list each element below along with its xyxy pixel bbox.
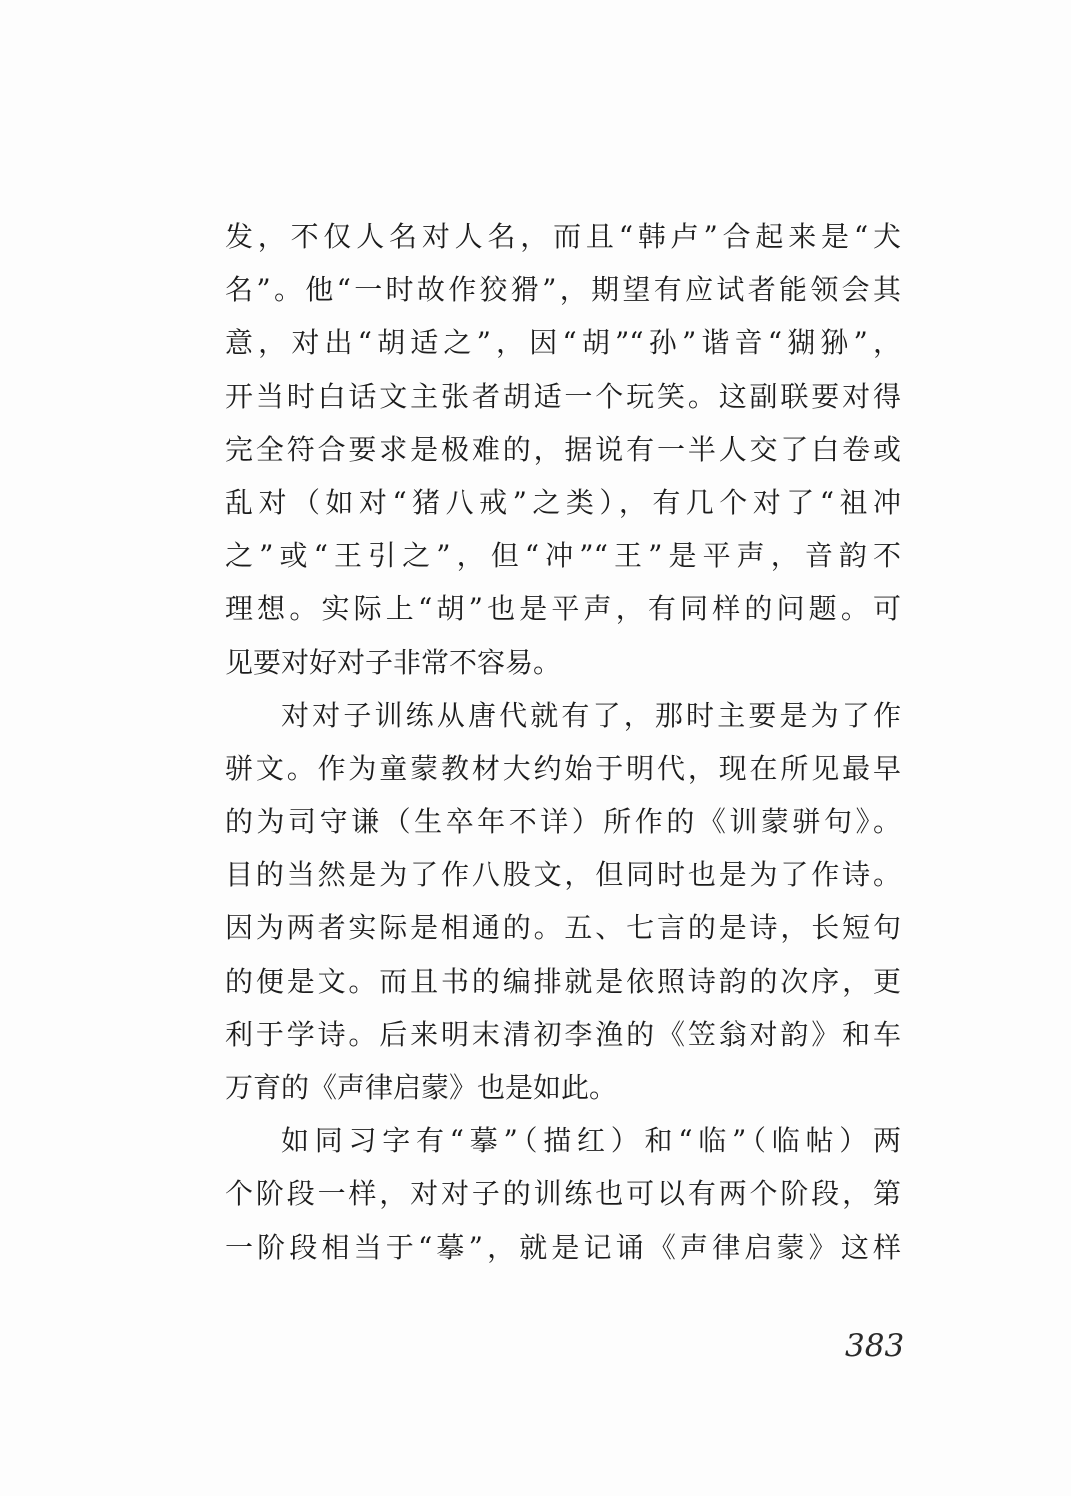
page-number: 383: [845, 1328, 904, 1364]
text-line: 理想。实际上“胡”也是平声，有同样的问题。可: [225, 582, 901, 635]
text-line: 如同习字有“摹”（描红）和“临”（临帖）两: [225, 1114, 901, 1167]
text-line: 利于学诗。后来明末清初李渔的《笠翁对韵》和车: [225, 1008, 901, 1061]
text-line: 开当时白话文主张者胡适一个玩笑。这副联要对得: [225, 370, 901, 423]
text-line: 发，不仅人名对人名，而且“韩卢”合起来是“犬: [225, 210, 901, 263]
body-text: 发，不仅人名对人名，而且“韩卢”合起来是“犬名”。他“一时故作狡猾”，期望有应试…: [225, 210, 901, 1274]
text-line: 对对子训练从唐代就有了，那时主要是为了作: [225, 689, 901, 742]
text-line: 意，对出“胡适之”，因“胡”“孙”谐音“猢狲”，: [225, 316, 901, 369]
text-line: 完全符合要求是极难的，据说有一半人交了白卷或: [225, 423, 901, 476]
text-line: 万育的《声律启蒙》也是如此。: [225, 1061, 901, 1114]
text-line: 的便是文。而且书的编排就是依照诗韵的次序，更: [225, 955, 901, 1008]
text-line: 见要对好对子非常不容易。: [225, 636, 901, 689]
text-line: 目的当然是为了作八股文，但同时也是为了作诗。: [225, 848, 901, 901]
text-line: 乱对（如对“猪八戒”之类），有几个对了“祖冲: [225, 476, 901, 529]
text-line: 之”或“王引之”，但“冲”“王”是平声，音韵不: [225, 529, 901, 582]
text-line: 一阶段相当于“摹”，就是记诵《声律启蒙》这样: [225, 1221, 901, 1274]
text-line: 的为司守谦（生卒年不详）所作的《训蒙骈句》。: [225, 795, 901, 848]
text-line: 因为两者实际是相通的。五、七言的是诗，长短句: [225, 901, 901, 954]
book-page: 发，不仅人名对人名，而且“韩卢”合起来是“犬名”。他“一时故作狡猾”，期望有应试…: [0, 0, 1071, 1496]
text-line: 个阶段一样，对对子的训练也可以有两个阶段，第: [225, 1167, 901, 1220]
text-line: 骈文。作为童蒙教材大约始于明代，现在所见最早: [225, 742, 901, 795]
text-line: 名”。他“一时故作狡猾”，期望有应试者能领会其: [225, 263, 901, 316]
